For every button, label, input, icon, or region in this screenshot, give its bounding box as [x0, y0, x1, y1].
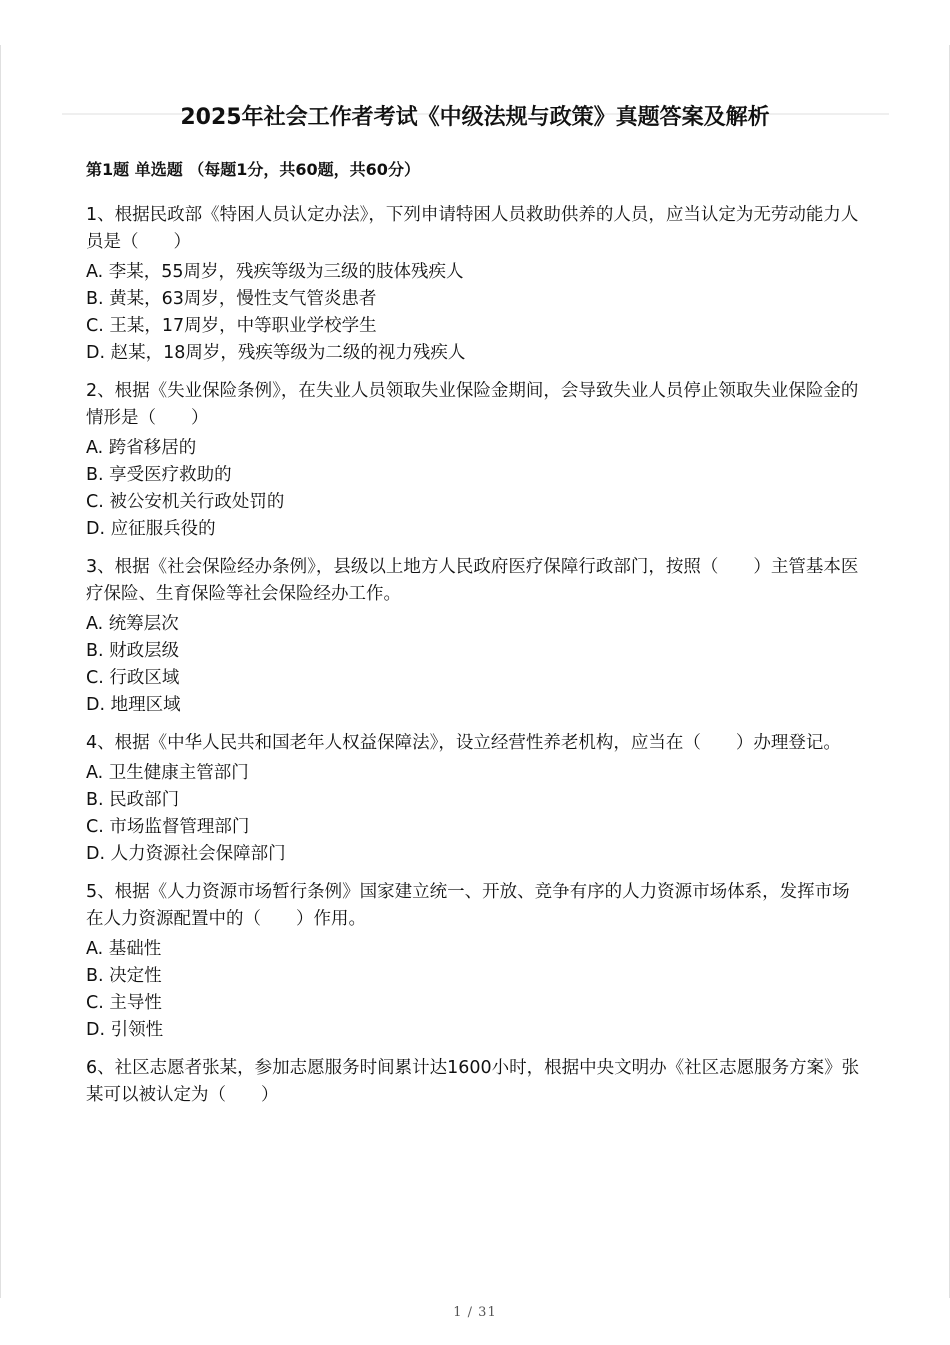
- section-heading: 第1题 单选题 （每题1分，共60题，共60分）: [86, 157, 420, 180]
- question-3: 3、根据《社会保险经办条例》，县级以上地方人民政府医疗保障行政部门，按照（ ）主…: [86, 554, 861, 719]
- option-d: D. 人力资源社会保障部门: [86, 841, 861, 868]
- option-d: D. 地理区域: [86, 692, 861, 719]
- option-b: B. 黄某，63周岁，慢性支气管炎患者: [86, 286, 861, 313]
- question-stem: 4、根据《中华人民共和国老年人权益保障法》，设立经营性养老机构，应当在（ ）办理…: [86, 730, 861, 757]
- question-stem: 5、根据《人力资源市场暂行条例》国家建立统一、开放、竞争有序的人力资源市场体系，…: [86, 879, 861, 933]
- option-c: C. 主导性: [86, 990, 861, 1017]
- question-stem: 2、根据《失业保险条例》，在失业人员领取失业保险金期间，会导致失业人员停止领取失…: [86, 378, 861, 432]
- option-b: B. 决定性: [86, 963, 861, 990]
- option-c: C. 行政区域: [86, 665, 861, 692]
- question-list: 1、根据民政部《特困人员认定办法》，下列申请特困人员救助供养的人员，应当认定为无…: [86, 202, 861, 1120]
- document-title: 2025年社会工作者考试《中级法规与政策》真题答案及解析: [0, 100, 950, 131]
- option-a: A. 统筹层次: [86, 611, 861, 638]
- option-d: D. 应征服兵役的: [86, 516, 861, 543]
- option-d: D. 引领性: [86, 1017, 861, 1044]
- option-a: A. 基础性: [86, 936, 861, 963]
- option-c: C. 王某，17周岁，中等职业学校学生: [86, 313, 861, 340]
- option-d: D. 赵某，18周岁，残疾等级为二级的视力残疾人: [86, 340, 861, 367]
- option-c: C. 市场监督管理部门: [86, 814, 861, 841]
- option-a: A. 卫生健康主管部门: [86, 760, 861, 787]
- question-stem: 3、根据《社会保险经办条例》，县级以上地方人民政府医疗保障行政部门，按照（ ）主…: [86, 554, 861, 608]
- option-b: B. 财政层级: [86, 638, 861, 665]
- option-a: A. 跨省移居的: [86, 435, 861, 462]
- page-indicator: 1 / 31: [0, 1305, 950, 1320]
- question-6: 6、社区志愿者张某，参加志愿服务时间累计达1600小时，根据中央文明办《社区志愿…: [86, 1055, 861, 1109]
- option-b: B. 民政部门: [86, 787, 861, 814]
- question-stem: 1、根据民政部《特困人员认定办法》，下列申请特困人员救助供养的人员，应当认定为无…: [86, 202, 861, 256]
- option-b: B. 享受医疗救助的: [86, 462, 861, 489]
- question-4: 4、根据《中华人民共和国老年人权益保障法》，设立经营性养老机构，应当在（ ）办理…: [86, 730, 861, 868]
- question-5: 5、根据《人力资源市场暂行条例》国家建立统一、开放、竞争有序的人力资源市场体系，…: [86, 879, 861, 1044]
- question-stem: 6、社区志愿者张某，参加志愿服务时间累计达1600小时，根据中央文明办《社区志愿…: [86, 1055, 861, 1109]
- question-2: 2、根据《失业保险条例》，在失业人员领取失业保险金期间，会导致失业人员停止领取失…: [86, 378, 861, 543]
- option-a: A. 李某，55周岁，残疾等级为三级的肢体残疾人: [86, 259, 861, 286]
- question-1: 1、根据民政部《特困人员认定办法》，下列申请特困人员救助供养的人员，应当认定为无…: [86, 202, 861, 367]
- option-c: C. 被公安机关行政处罚的: [86, 489, 861, 516]
